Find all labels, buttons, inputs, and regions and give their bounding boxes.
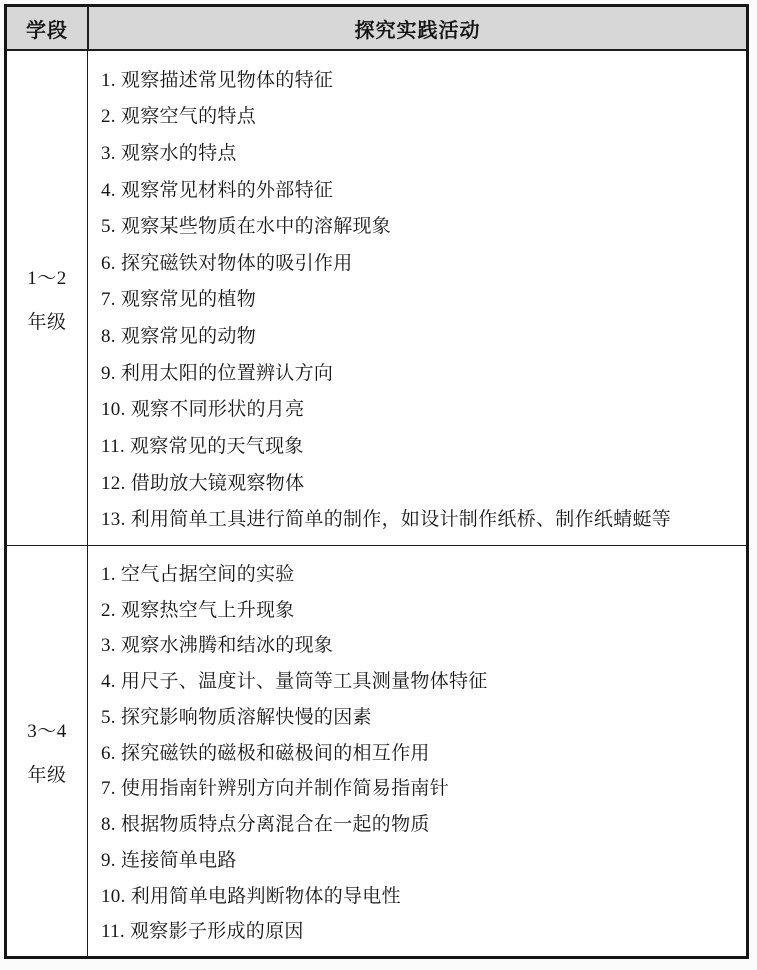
activity-item: 10. 观察不同形状的月亮 <box>101 394 736 421</box>
activity-item: 3. 观察水的特点 <box>101 138 736 165</box>
stage-label-line2: 年级 <box>27 760 66 787</box>
table-header-row: 学段 探究实践活动 <box>7 7 746 51</box>
activity-item: 2. 观察热空气上升现象 <box>101 595 736 622</box>
curriculum-activities-table: 学段 探究实践活动 1～2 年级 1. 观察描述常见物体的特征2. 观察空气的特… <box>4 4 749 959</box>
activity-item: 5. 观察某些物质在水中的溶解现象 <box>101 211 736 238</box>
activity-item: 12. 借助放大镜观察物体 <box>101 468 736 495</box>
activity-item: 9. 利用太阳的位置辨认方向 <box>101 358 736 385</box>
activity-item: 7. 观察常见的植物 <box>101 284 736 311</box>
table-row-grades-1-2: 1～2 年级 1. 观察描述常见物体的特征2. 观察空气的特点3. 观察水的特点… <box>7 51 746 546</box>
activity-item: 6. 探究磁铁对物体的吸引作用 <box>101 248 736 275</box>
activity-item: 8. 根据物质特点分离混合在一起的物质 <box>101 809 736 836</box>
activity-item: 9. 连接简单电路 <box>101 845 736 872</box>
activity-item: 2. 观察空气的特点 <box>101 101 736 128</box>
activity-item: 11. 观察影子形成的原因 <box>101 916 736 943</box>
activity-item: 4. 用尺子、温度计、量筒等工具测量物体特征 <box>101 666 736 693</box>
stage-column-header: 学段 <box>7 7 89 49</box>
table-row-grades-3-4: 3～4 年级 1. 空气占据空间的实验2. 观察热空气上升现象3. 观察水沸腾和… <box>7 546 746 956</box>
activities-column-header: 探究实践活动 <box>89 7 746 49</box>
stage-label-line1: 1～2 <box>27 263 67 290</box>
stage-label-line1: 3～4 <box>27 716 67 743</box>
activity-item: 7. 使用指南针辨别方向并制作简易指南针 <box>101 773 736 800</box>
stage-label-line2: 年级 <box>27 307 66 334</box>
activities-list-grades-3-4: 1. 空气占据空间的实验2. 观察热空气上升现象3. 观察水沸腾和结冰的现象4.… <box>88 546 746 956</box>
activity-item: 6. 探究磁铁的磁极和磁极间的相互作用 <box>101 738 736 765</box>
activities-list-grades-1-2: 1. 观察描述常见物体的特征2. 观察空气的特点3. 观察水的特点4. 观察常见… <box>88 51 746 545</box>
stage-cell-grades-1-2: 1～2 年级 <box>7 51 88 545</box>
activity-item: 5. 探究影响物质溶解快慢的因素 <box>101 702 736 729</box>
activity-item: 8. 观察常见的动物 <box>101 321 736 348</box>
activity-item: 10. 利用简单电路判断物体的导电性 <box>101 881 736 908</box>
activity-item: 1. 空气占据空间的实验 <box>101 559 736 586</box>
activity-item: 13. 利用简单工具进行简单的制作，如设计制作纸桥、制作纸蜻蜓等 <box>101 504 736 531</box>
activity-item: 11. 观察常见的天气现象 <box>101 431 736 458</box>
stage-cell-grades-3-4: 3～4 年级 <box>7 546 88 956</box>
activity-item: 1. 观察描述常见物体的特征 <box>101 65 736 92</box>
activity-item: 3. 观察水沸腾和结冰的现象 <box>101 630 736 657</box>
activity-item: 4. 观察常见材料的外部特征 <box>101 175 736 202</box>
